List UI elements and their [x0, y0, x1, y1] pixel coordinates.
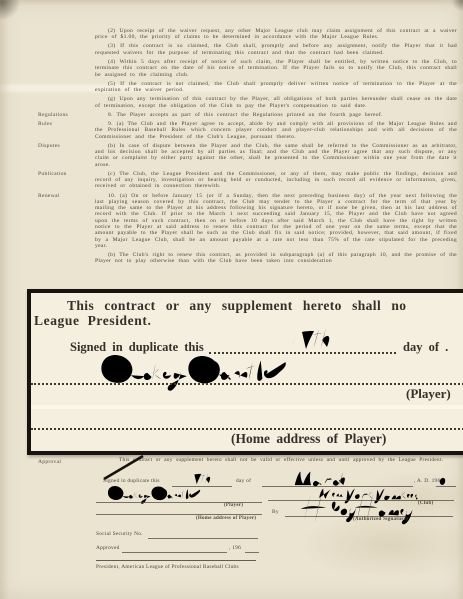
contract-paragraph: Publication(c) The Club, the League Pres…: [95, 171, 457, 190]
president-signature-line: [96, 552, 256, 561]
president-title-label: President, American League of Profession…: [96, 564, 239, 570]
contract-paragraph: Regulations8. The Player accepts as part…: [95, 112, 457, 118]
margin-label-rules: Rules: [38, 121, 52, 127]
approved-label: Approved: [96, 545, 120, 551]
approval-club-label: (Club): [418, 501, 433, 506]
inset-day-of-label: day of .: [403, 340, 448, 355]
paragraph-text: 8. The Player accepts as part of this co…: [108, 112, 383, 118]
margin-label-renewal: Renewal: [38, 193, 60, 199]
contract-paragraph: (5) If the contract is not claimed, the …: [95, 81, 457, 94]
margin-label-publication: Publication: [38, 171, 67, 177]
approval-authorized-signature: [293, 489, 418, 529]
approval-home-address-line: [96, 506, 262, 515]
inset-clause-line1: This contract or any supplement hereto s…: [67, 298, 406, 314]
paper-crease: [31, 405, 463, 409]
approval-authorized-label: (Authorized Signature): [353, 517, 408, 522]
approval-by-label: By: [272, 509, 279, 515]
contract-paragraph: (3) If this contract is so claimed, the …: [95, 43, 457, 56]
approval-player-line: [96, 494, 262, 503]
margin-label-approval: Approval: [38, 459, 61, 465]
legal-text-block: (2) Upon receipt of the waiver request, …: [95, 28, 457, 268]
contract-paragraph: Rules9. (a) The Club and the Player agre…: [95, 121, 457, 140]
margin-label-disputes: Disputes: [38, 143, 60, 149]
contract-page: (2) Upon receipt of the waiver request, …: [0, 0, 463, 599]
approved-year-label: , 196: [229, 545, 241, 551]
magnified-inset-box: This contract or any supplement hereto s…: [27, 289, 463, 455]
paragraph-text: 9. (a) The Club and the Player agree to …: [95, 121, 457, 140]
inset-home-address-label: (Home address of Player): [231, 431, 386, 447]
contract-paragraph: (2) Upon receipt of the waiver request, …: [95, 28, 457, 41]
inset-player-label: (Player): [406, 386, 451, 402]
margin-label-regulations: Regulations: [38, 112, 68, 118]
paragraph-text: (c) The Club, the League President and t…: [95, 171, 457, 190]
contract-paragraph: (g) Upon any termination of this contrac…: [95, 96, 457, 109]
inset-clause-line2: League President.: [34, 313, 151, 329]
contract-paragraph: Renewal10. (a) On or before January 15 (…: [95, 193, 457, 250]
ssn-label: Social Security No.: [96, 531, 143, 537]
inset-home-address-dotted-line: [31, 414, 463, 430]
paragraph-text: (b) In case of dispute between the Playe…: [95, 143, 457, 168]
paragraph-text: 10. (a) On or before January 15 (or if a…: [95, 193, 457, 249]
inset-player-dotted-line: [31, 369, 463, 385]
contract-paragraph: (b) The Club's right to renew this contr…: [95, 252, 457, 265]
contract-paragraph: Disputes(b) In case of dispute between t…: [95, 143, 457, 168]
approval-day-of-label: day of: [236, 478, 251, 484]
ssn-blank-line: [148, 530, 258, 539]
contract-paragraph: (4) Within 5 days after receipt of notic…: [95, 59, 457, 78]
approval-home-address-label: (Home address of Player): [196, 516, 256, 521]
approval-clause-text: This contract or any supplement hereto s…: [98, 457, 457, 463]
